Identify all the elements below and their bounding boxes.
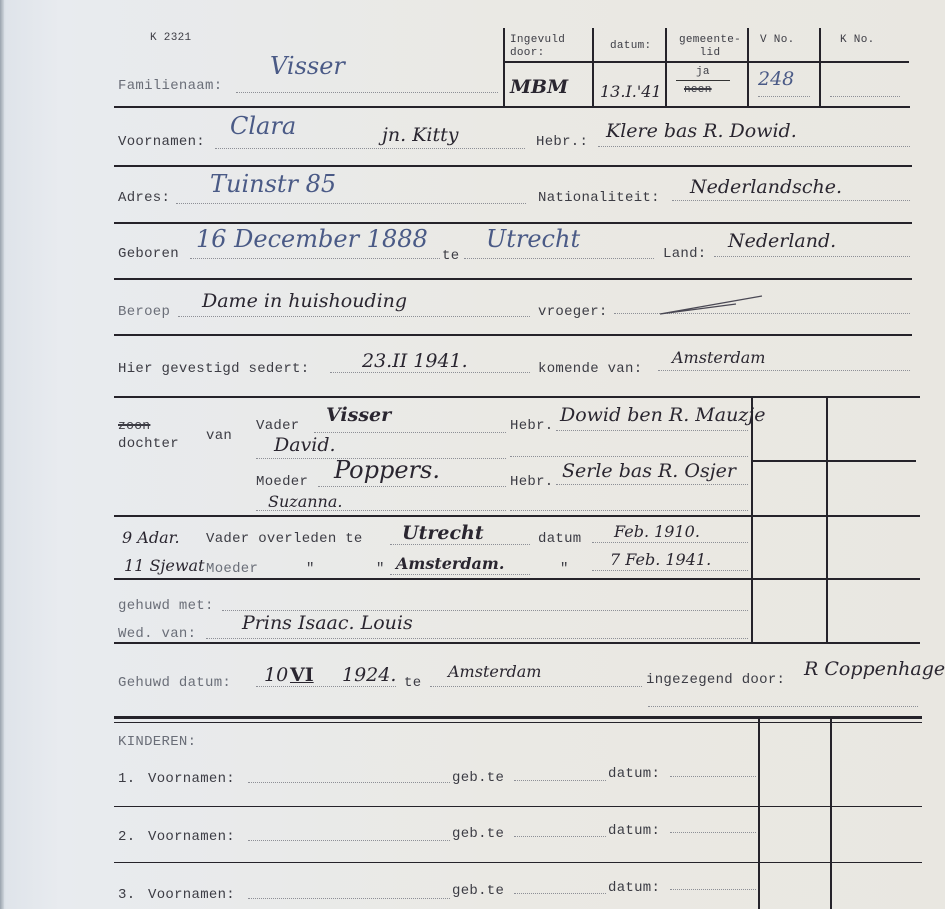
beroep-label: Beroep — [118, 304, 170, 320]
land-value[interactable]: Nederland. — [728, 230, 836, 252]
header-label-k-no: K No. — [840, 34, 875, 46]
wed-van-label: Wed. van: — [118, 626, 196, 642]
gehuwd-datum-label: Gehuwd datum: — [118, 675, 231, 691]
moeder-hebr-label: Hebr. — [510, 474, 554, 490]
kind-voornamen-label: Voornamen: — [148, 829, 235, 845]
voornamen-value[interactable]: Clara — [230, 112, 296, 140]
header-label-datum: datum: — [610, 40, 651, 52]
vroeger-label: vroeger: — [538, 304, 608, 320]
vader-overleden-plaats[interactable]: Utrecht — [402, 522, 484, 544]
vader-hebr-label: Hebr. — [510, 418, 554, 434]
voornamen-label: Voornamen: — [118, 134, 205, 150]
geboren-te-label: te — [442, 248, 459, 264]
geboorteplaats-value[interactable]: Utrecht — [486, 225, 580, 253]
vader-label: Vader — [256, 418, 300, 434]
ditto-mark: " — [306, 561, 315, 577]
beroep-value[interactable]: Dame in huishouding — [202, 290, 407, 312]
geboren-label: Geboren — [118, 246, 179, 262]
kind-geb-label: geb.te — [452, 883, 504, 899]
vroeger-dash-mark — [656, 294, 766, 316]
gehuwd-met-label: gehuwd met: — [118, 598, 214, 614]
van-label: van — [206, 428, 232, 444]
card-number: K 2321 — [150, 32, 191, 44]
adres-value[interactable]: Tuinstr 85 — [210, 170, 336, 198]
moeder-hebr-value[interactable]: Serle bas R. Osjer — [562, 460, 736, 482]
kind-datum-label: datum: — [608, 823, 660, 839]
ditto-mark: " — [560, 561, 569, 577]
vader-achternaam[interactable]: Visser — [326, 404, 391, 426]
nationaliteit-label: Nationaliteit: — [538, 190, 660, 206]
gevestigd-label: Hier gevestigd sedert: — [118, 361, 309, 377]
kind-datum-label: datum: — [608, 880, 660, 896]
ingezegend-door-label: ingezegend door: — [646, 672, 785, 688]
komende-van-value[interactable]: Amsterdam — [672, 348, 765, 367]
kind-datum-label: datum: — [608, 766, 660, 782]
moeder-achternaam[interactable]: Poppers. — [334, 456, 440, 484]
vader-hebr-value[interactable]: Dowid ben R. Mauzje — [560, 404, 765, 426]
familienaam-value[interactable]: Visser — [270, 52, 345, 80]
gehuwd-te-label: te — [404, 675, 421, 691]
moeder-overleden-label: Moeder — [206, 561, 258, 577]
gehuwd-dag[interactable]: 10 — [264, 664, 288, 686]
header-label-ingevuld: Ingevuld door: — [510, 34, 590, 60]
header-label-gemeentelid: gemeente-lid — [674, 34, 746, 60]
kind-geb-label: geb.te — [452, 826, 504, 842]
header-label-v-no: V No. — [760, 34, 795, 46]
gemeentelid-neen-struck[interactable]: neen — [684, 84, 712, 96]
vader-hebreeuwse-sterfdatum[interactable]: 9 Adar. — [122, 528, 180, 547]
vader-overleden-datum[interactable]: Feb. 1910. — [614, 522, 700, 541]
vader-overleden-label: Vader overleden te — [206, 531, 363, 547]
kind-voornamen-label: Voornamen: — [148, 771, 235, 787]
card-left-edge — [0, 0, 4, 909]
geboren-datum-value[interactable]: 16 December 1888 — [196, 225, 428, 253]
moeder-overleden-datum[interactable]: 7 Feb. 1941. — [610, 550, 711, 569]
nationaliteit-value[interactable]: Nederlandsche. — [690, 176, 842, 198]
header-datum-value[interactable]: 13.I.'41 — [600, 82, 662, 101]
gehuwd-jaar[interactable]: 1924. — [342, 664, 396, 686]
adres-label: Adres: — [118, 190, 170, 206]
wed-van-value[interactable]: Prins Isaac. Louis — [242, 612, 413, 634]
gehuwd-plaats[interactable]: Amsterdam — [448, 662, 541, 681]
kind-nummer: 3. — [118, 887, 135, 903]
familienaam-label: Familienaam: — [118, 78, 222, 94]
gehuwd-maand[interactable]: VI — [290, 664, 314, 686]
zoon-struck: zoon — [118, 418, 150, 433]
dochter-label: dochter — [118, 436, 179, 452]
ingezegend-door-value[interactable]: R Coppenhage — [804, 658, 945, 680]
gevestigd-value[interactable]: 23.II 1941. — [362, 350, 468, 372]
voornamen-roepnaam[interactable]: jn. Kitty — [382, 124, 458, 146]
v-no-value[interactable]: 248 — [758, 68, 794, 90]
moeder-label: Moeder — [256, 474, 308, 490]
komende-van-label: komende van: — [538, 361, 642, 377]
kinderen-heading: KINDEREN: — [118, 734, 196, 750]
moeder-hebreeuwse-sterfdatum[interactable]: 11 Sjewat — [124, 556, 205, 575]
moeder-overleden-plaats[interactable]: Amsterdam. — [396, 554, 504, 573]
land-label: Land: — [663, 246, 707, 262]
moeder-voornaam[interactable]: Suzanna. — [268, 492, 342, 511]
kind-nummer: 1. — [118, 771, 135, 787]
vader-voornaam[interactable]: David. — [274, 434, 336, 456]
ingevuld-door-value[interactable]: MBM — [510, 76, 568, 98]
kind-nummer: 2. — [118, 829, 135, 845]
voornamen-hebr-label: Hebr.: — [536, 134, 588, 150]
overleden-datum-label: datum — [538, 531, 582, 547]
ditto-mark: " — [376, 561, 385, 577]
voornamen-hebr-value[interactable]: Klere bas R. Dowid. — [606, 120, 797, 142]
kind-voornamen-label: Voornamen: — [148, 887, 235, 903]
gemeentelid-ja[interactable]: ja — [696, 66, 710, 78]
kind-geb-label: geb.te — [452, 770, 504, 786]
